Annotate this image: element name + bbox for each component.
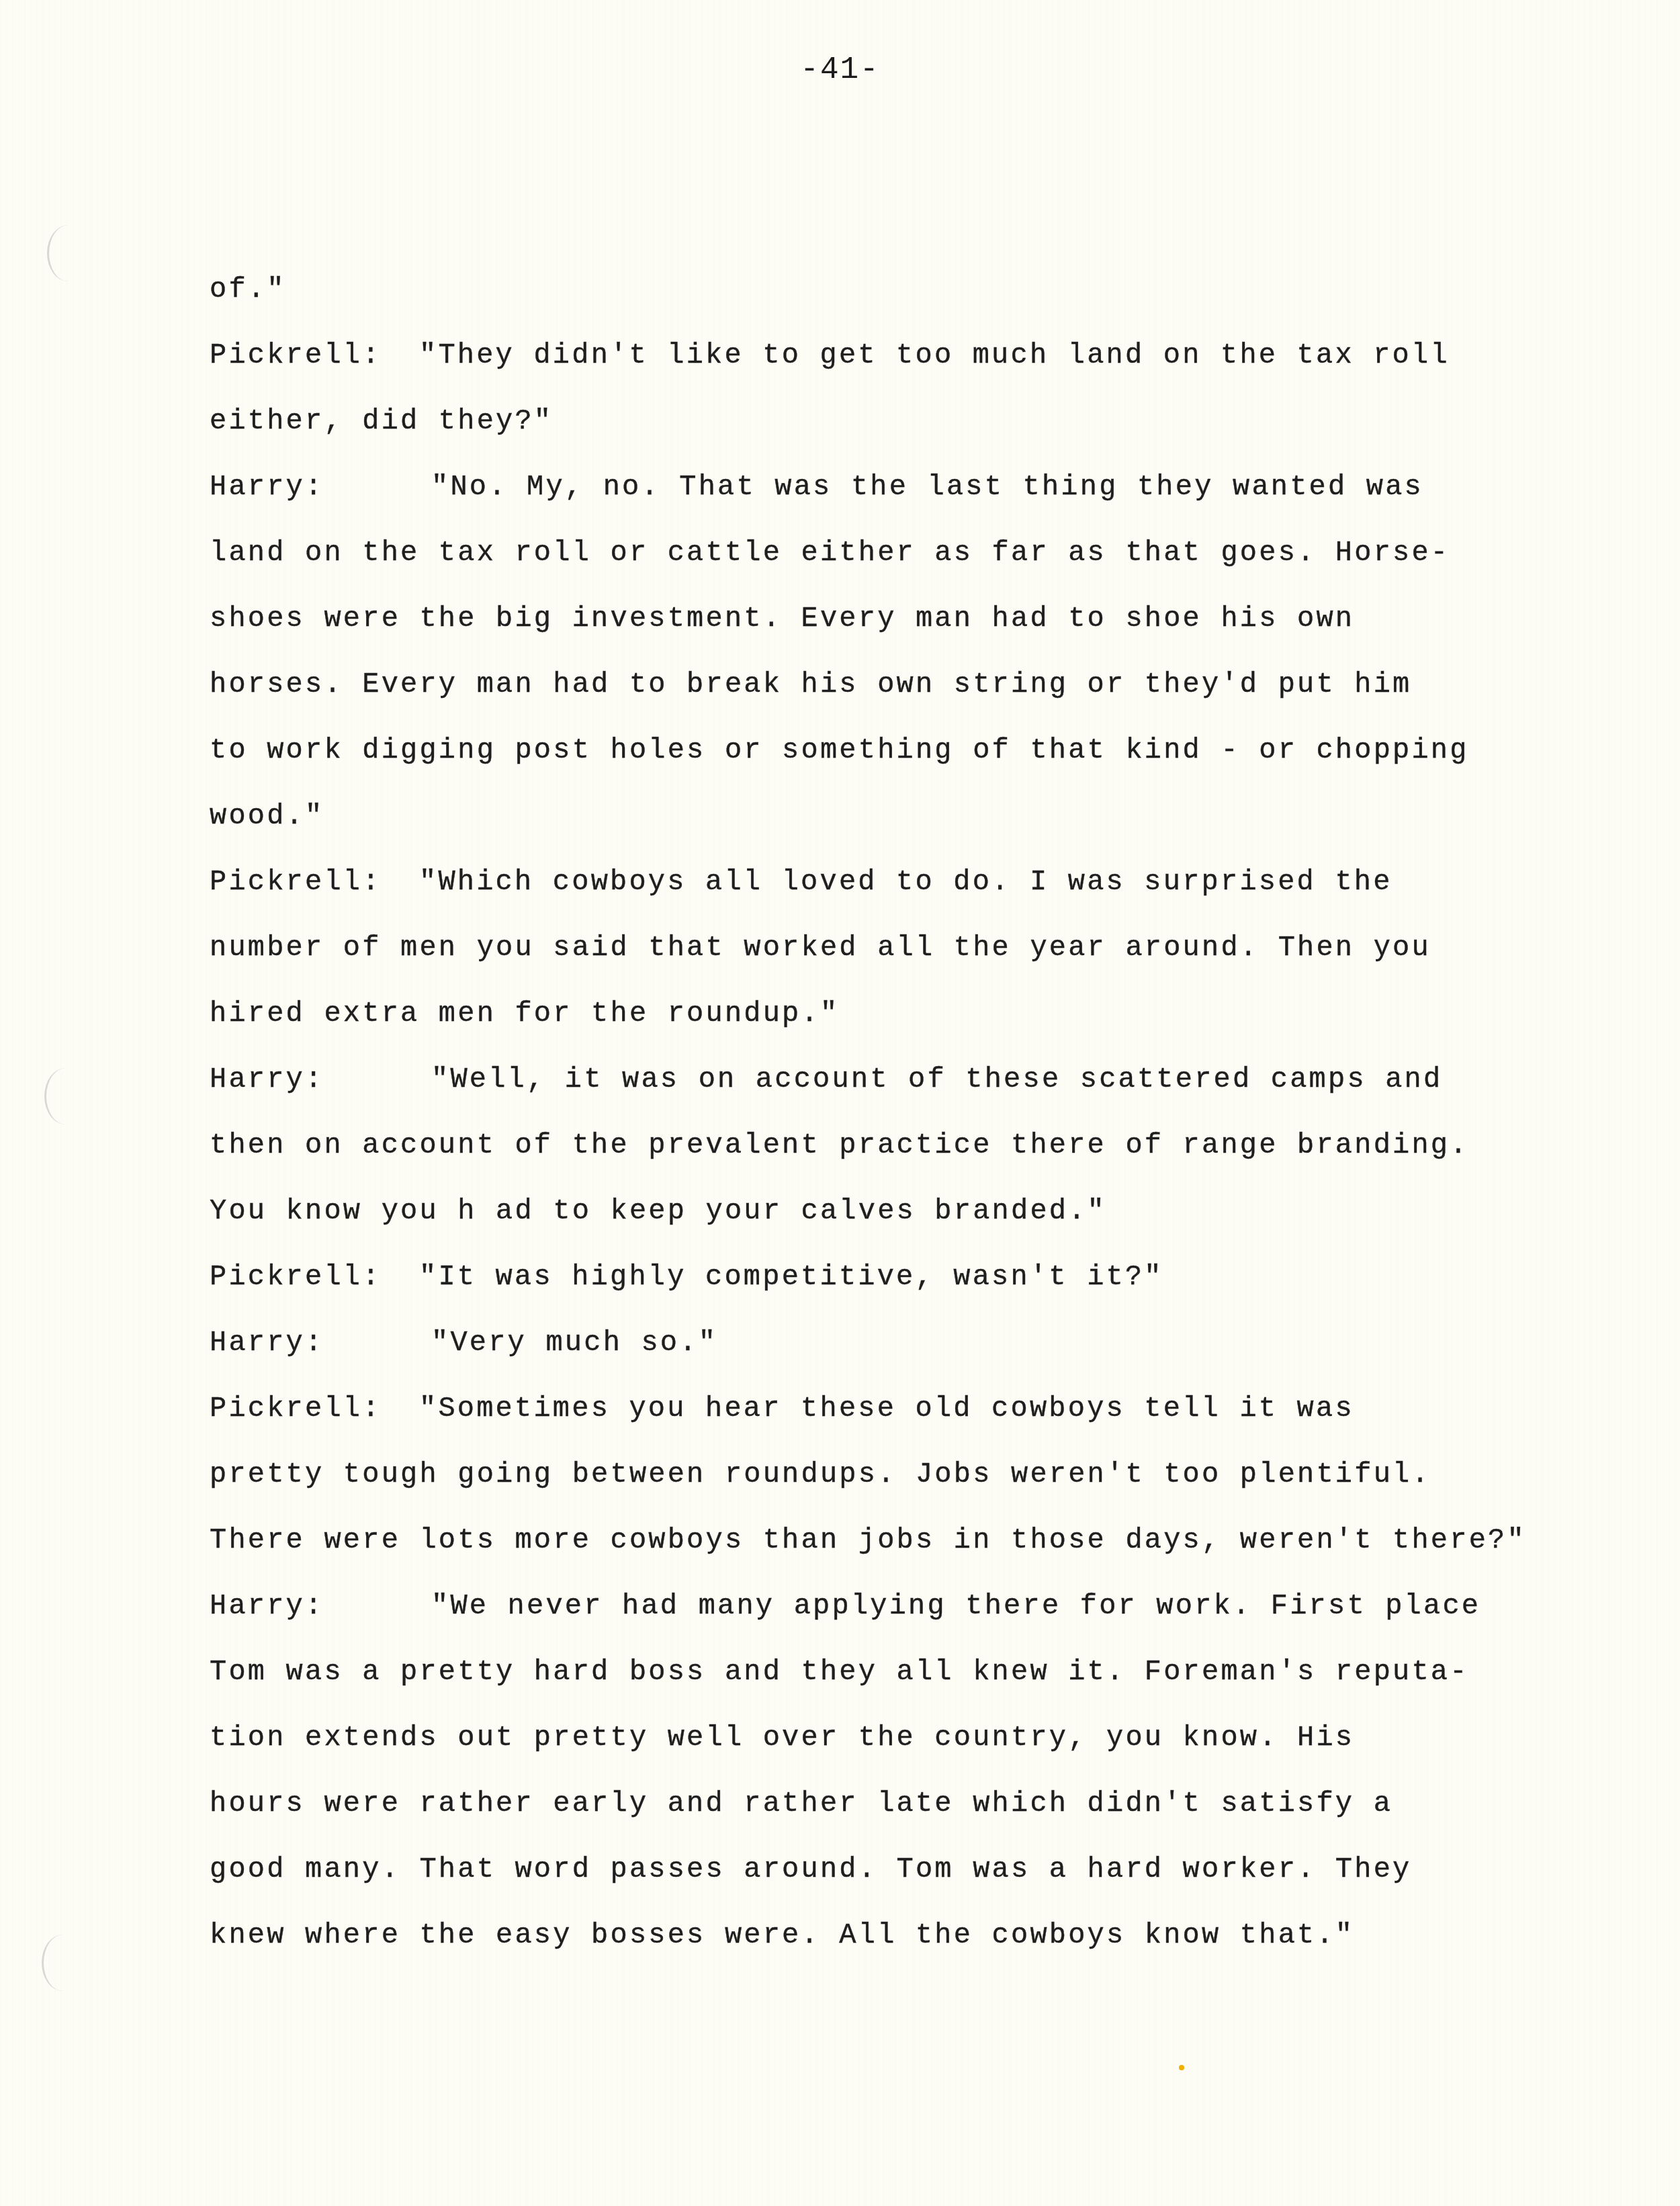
- line-text: to work digging post holes or something …: [210, 734, 1469, 766]
- continuation-line: hired extra men for the roundup.": [210, 981, 1566, 1047]
- continuation-line: then on account of the prevalent practic…: [210, 1112, 1566, 1178]
- speaker-label: Harry:: [210, 454, 431, 520]
- line-text: of.": [210, 273, 286, 306]
- line-text: good many. That word passes around. Tom …: [210, 1853, 1411, 1886]
- punch-hole-mark: [47, 225, 89, 281]
- line-text: horses. Every man had to break his own s…: [210, 668, 1411, 701]
- line-text: pretty tough going between roundups. Job…: [210, 1458, 1431, 1491]
- continuation-line: to work digging post holes or something …: [210, 717, 1566, 783]
- line-text: "It was highly competitive, wasn't it?": [419, 1261, 1163, 1293]
- continuation-line: land on the tax roll or cattle either as…: [210, 520, 1566, 586]
- speaker-line: Harry:"Very much so.": [210, 1310, 1566, 1376]
- line-text: number of men you said that worked all t…: [210, 932, 1431, 964]
- interview-transcript: of."Pickrell:"They didn't like to get to…: [210, 257, 1566, 1968]
- line-text: shoes were the big investment. Every man…: [210, 603, 1354, 635]
- line-text: "Sometimes you hear these old cowboys te…: [419, 1393, 1354, 1425]
- line-text: "No. My, no. That was the last thing the…: [431, 471, 1423, 503]
- line-text: either, did they?": [210, 405, 553, 437]
- speaker-line: Harry:"Well, it was on account of these …: [210, 1047, 1566, 1112]
- continuation-line: horses. Every man had to break his own s…: [210, 652, 1566, 717]
- continuation-line: wood.": [210, 783, 1566, 849]
- speaker-label: Pickrell:: [210, 322, 419, 388]
- punch-hole-mark: [42, 1935, 84, 1991]
- speaker-line: Harry:"We never had many applying there …: [210, 1573, 1566, 1639]
- continuation-line: You know you h ad to keep your calves br…: [210, 1178, 1566, 1244]
- line-text: "We never had many applying there for wo…: [431, 1590, 1480, 1622]
- line-text: "Very much so.": [431, 1327, 717, 1359]
- speaker-label: Pickrell:: [210, 1376, 419, 1442]
- speaker-label: Harry:: [210, 1310, 431, 1376]
- speaker-line: Pickrell:"Sometimes you hear these old c…: [210, 1376, 1566, 1442]
- speaker-line: Pickrell:"Which cowboys all loved to do.…: [210, 849, 1566, 915]
- continuation-line: Tom was a pretty hard boss and they all …: [210, 1639, 1566, 1705]
- continuation-line: good many. That word passes around. Tom …: [210, 1837, 1566, 1902]
- continuation-line: knew where the easy bosses were. All the…: [210, 1902, 1566, 1968]
- line-text: tion extends out pretty well over the co…: [210, 1722, 1354, 1754]
- speaker-label: Pickrell:: [210, 1244, 419, 1310]
- line-text: Tom was a pretty hard boss and they all …: [210, 1656, 1469, 1688]
- line-text: hours were rather early and rather late …: [210, 1788, 1392, 1820]
- continuation-line: of.": [210, 257, 1566, 322]
- line-text: then on account of the prevalent practic…: [210, 1129, 1469, 1161]
- continuation-line: hours were rather early and rather late …: [210, 1771, 1566, 1837]
- continuation-line: tion extends out pretty well over the co…: [210, 1705, 1566, 1771]
- line-text: "Which cowboys all loved to do. I was su…: [419, 866, 1392, 898]
- line-text: wood.": [210, 800, 324, 832]
- line-text: You know you h ad to keep your calves br…: [210, 1195, 1106, 1227]
- speaker-line: Pickrell:"It was highly competitive, was…: [210, 1244, 1566, 1310]
- line-text: "Well, it was on account of these scatte…: [431, 1063, 1442, 1096]
- line-text: knew where the easy bosses were. All the…: [210, 1919, 1354, 1951]
- line-text: land on the tax roll or cattle either as…: [210, 537, 1450, 569]
- page-number: -41-: [0, 52, 1680, 87]
- continuation-line: shoes were the big investment. Every man…: [210, 586, 1566, 652]
- continuation-line: number of men you said that worked all t…: [210, 915, 1566, 981]
- speaker-label: Harry:: [210, 1573, 431, 1639]
- punch-hole-mark: [44, 1068, 87, 1124]
- speaker-label: Harry:: [210, 1047, 431, 1112]
- continuation-line: either, did they?": [210, 388, 1566, 454]
- continuation-line: pretty tough going between roundups. Job…: [210, 1442, 1566, 1507]
- typewritten-page: -41- of."Pickrell:"They didn't like to g…: [0, 0, 1680, 2206]
- speaker-line: Harry:"No. My, no. That was the last thi…: [210, 454, 1566, 520]
- line-text: There were lots more cowboys than jobs i…: [210, 1524, 1526, 1556]
- line-text: "They didn't like to get too much land o…: [419, 339, 1450, 371]
- speaker-label: Pickrell:: [210, 849, 419, 915]
- speaker-line: Pickrell:"They didn't like to get too mu…: [210, 322, 1566, 388]
- paper-stain-dot: [1179, 2065, 1184, 2070]
- continuation-line: There were lots more cowboys than jobs i…: [210, 1507, 1566, 1573]
- line-text: hired extra men for the roundup.": [210, 998, 839, 1030]
